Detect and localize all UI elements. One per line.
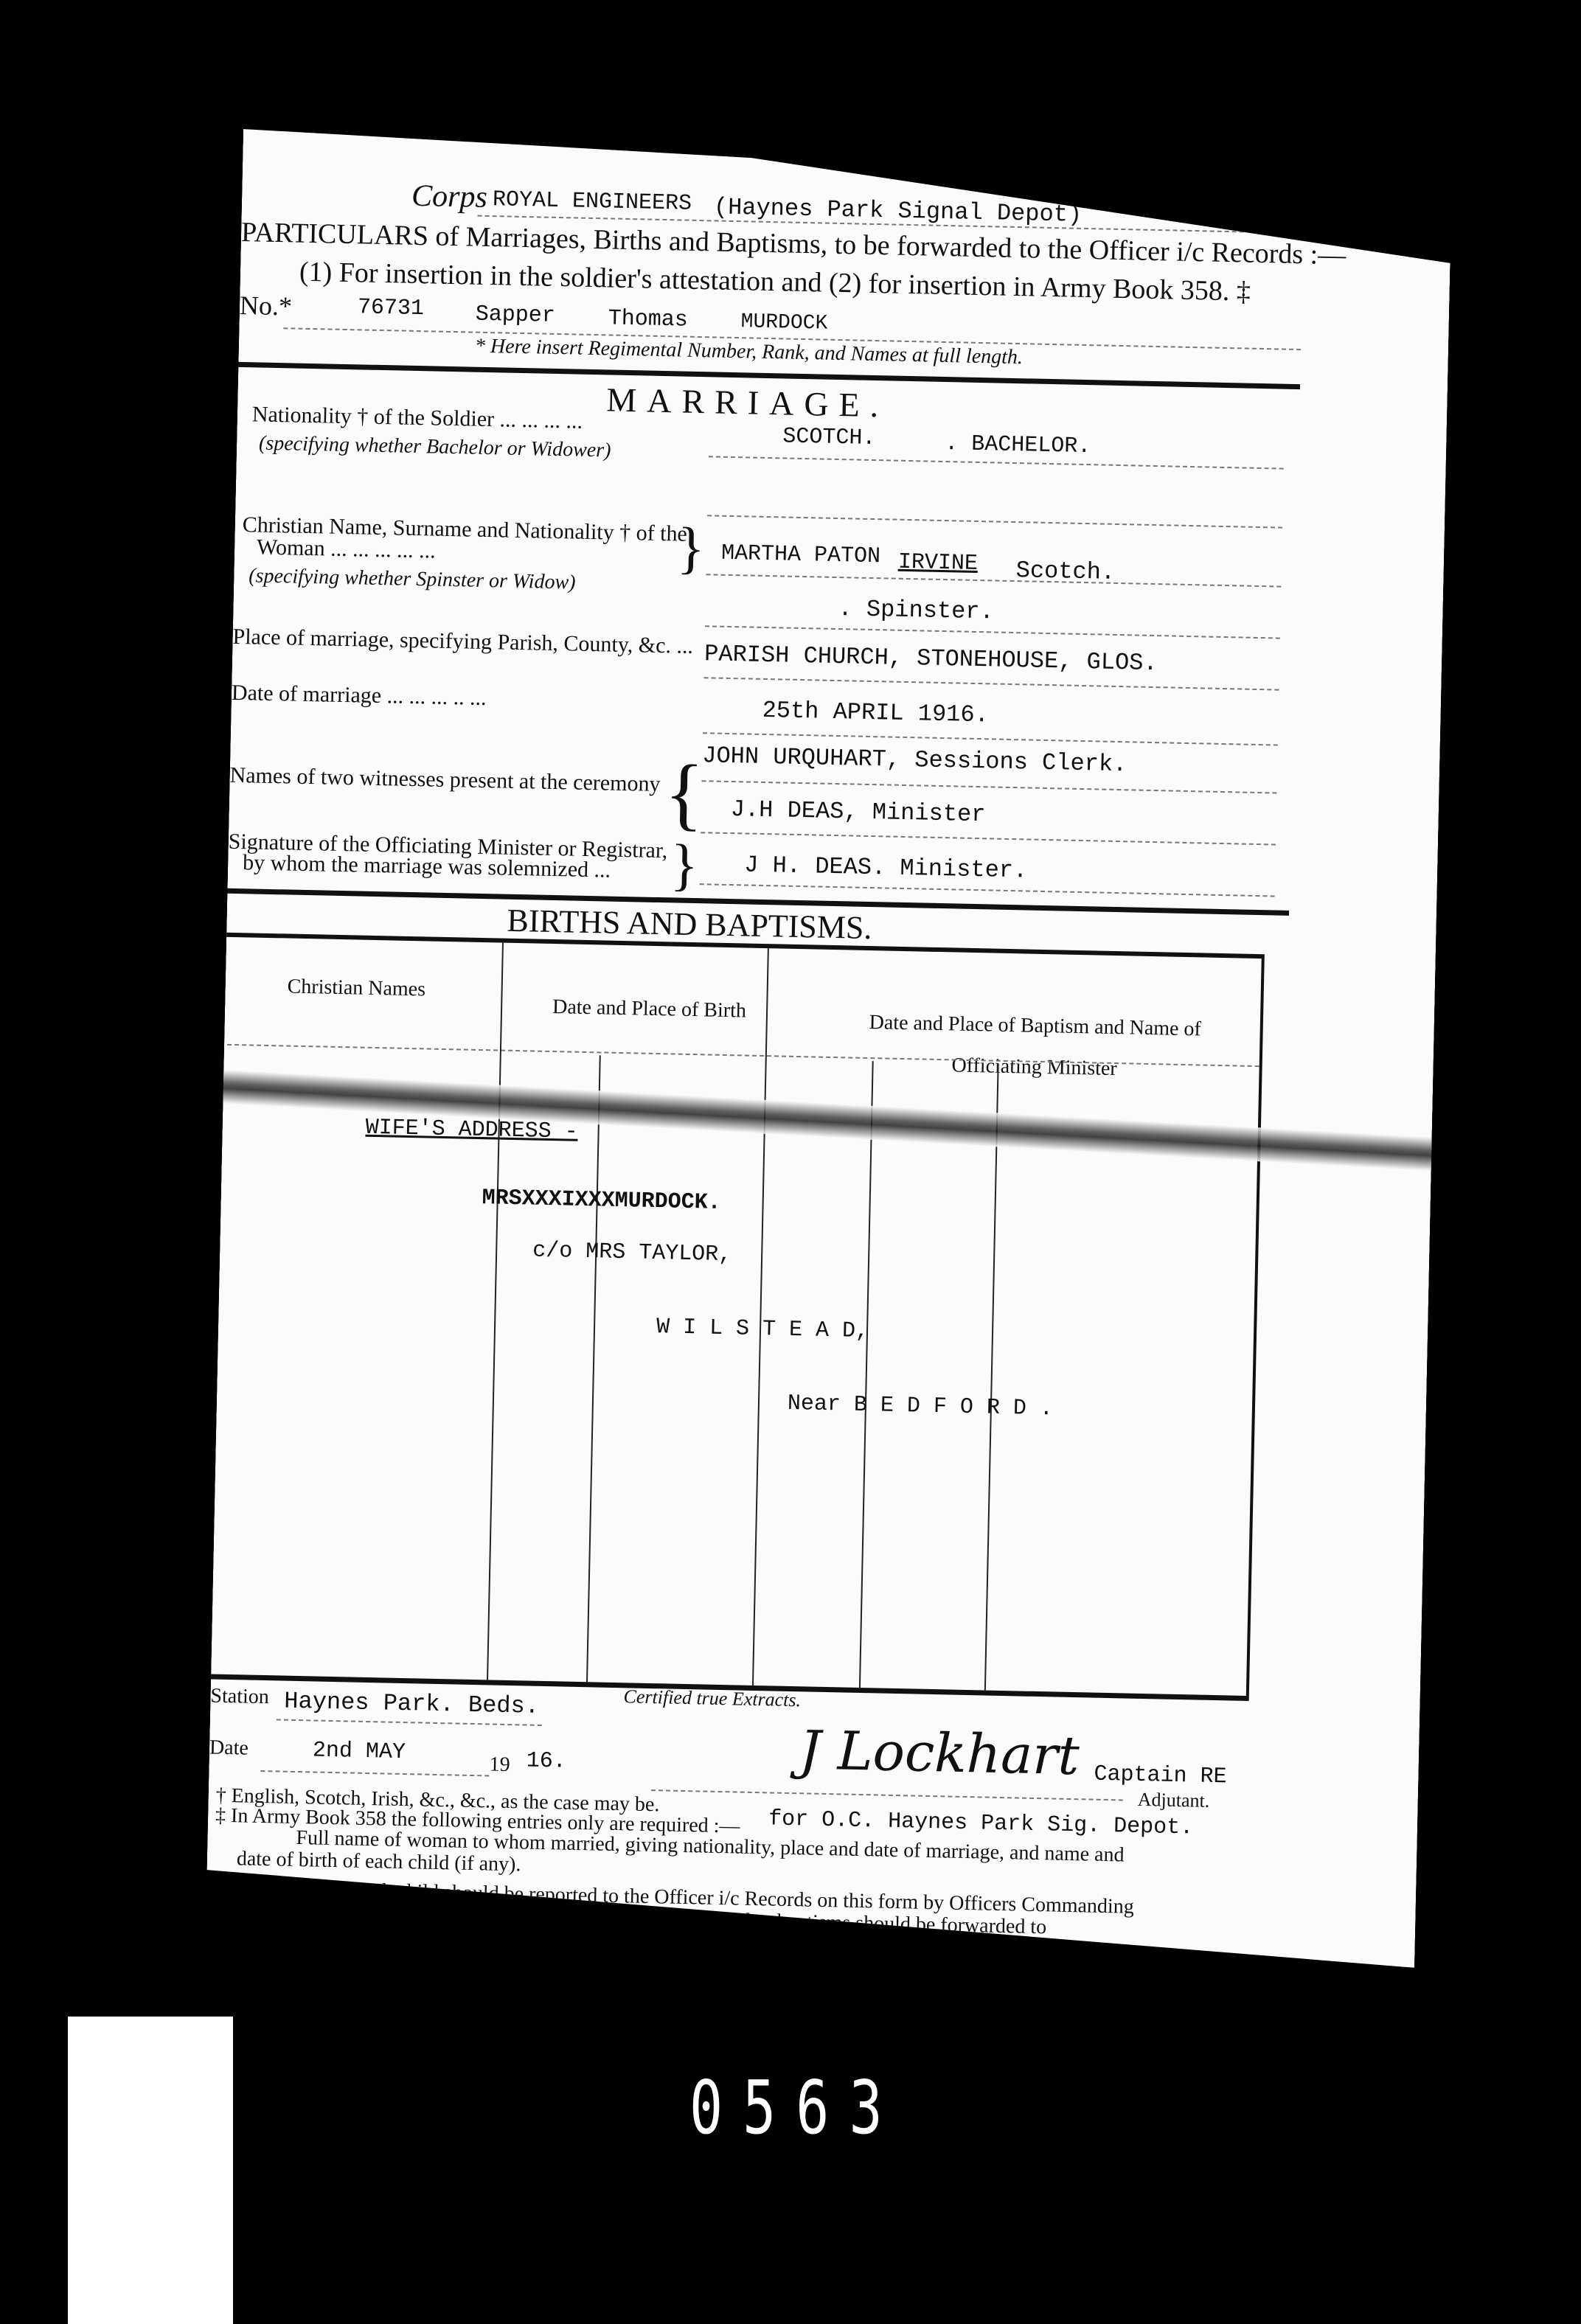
place-label: Place of marriage, specifying Parish, Co… (232, 625, 693, 659)
brace: } (676, 514, 705, 581)
place-rule (704, 677, 1279, 690)
station-value: Haynes Park. Beds. (284, 1688, 539, 1720)
station-label: Station (210, 1685, 269, 1710)
note-birth-4: Officer Commanding Units. (205, 1939, 437, 1968)
witnesses-label: Names of two witnesses present at the ce… (229, 763, 661, 797)
corps-value: ROYAL ENGINEERS (493, 187, 692, 217)
date-rule (260, 1770, 489, 1776)
note-ddagger-2: date of birth of each child (if any). (237, 1847, 521, 1876)
col-divider (586, 1055, 601, 1682)
soldier-status: . BACHELOR. (945, 431, 1091, 459)
officiant-rule (700, 883, 1275, 897)
col-christian-names: Christian Names (287, 975, 425, 1002)
woman-surname: IRVINE (898, 550, 979, 577)
corps-label: Corps (411, 178, 488, 215)
frame-number: 0563 (689, 2064, 903, 2151)
print-code-1: (8 80 33) W 12285—2163 30,000 2/15 H W V… (197, 1972, 527, 1995)
form-number: Army Form A. 22. (1164, 194, 1361, 229)
print-code-2: 12543—4079 90,000 11/15 (256, 1995, 418, 2016)
woman-name: MARTHA PATON (721, 541, 881, 570)
col-divider (859, 1061, 874, 1688)
certified-label: Certified true Extracts. (623, 1685, 801, 1711)
officiant-value: J H. DEAS. Minister. (744, 851, 1028, 884)
regimental-number: 76731 (358, 295, 425, 321)
address-line-3: W I L S T E A D, (656, 1315, 869, 1344)
rank: Sapper (475, 302, 555, 329)
army-form-a22: Corps ROYAL ENGINEERS (Haynes Park Signa… (205, 129, 1452, 1968)
year-prefix: 19 (489, 1753, 510, 1777)
date-label: Date of marriage ... ... ... .. ... (232, 681, 487, 711)
station-rule (277, 1719, 542, 1726)
note-birth-1: The birth of each child should be report… (251, 1877, 1134, 1919)
date-label: Date (209, 1736, 249, 1761)
certified-date: 2nd MAY (313, 1738, 406, 1765)
forms-label: Forms (580, 1980, 619, 1999)
woman-rule (706, 574, 1281, 587)
place-value: PARISH CHURCH, STONEHOUSE, GLOS. (704, 640, 1158, 677)
woman-note: (specifying whether Spinster or Widow) (249, 564, 576, 594)
brace: { (664, 746, 704, 841)
witness-1-rule (702, 780, 1277, 793)
signatory-for: for O.C. Haynes Park Sig. Depot. (768, 1806, 1194, 1840)
signature: J Lockhart (799, 1719, 1080, 1787)
calibration-card (68, 2017, 233, 2324)
soldier-nationality-rule-2 (707, 515, 1282, 528)
address-line-2: c/o MRS TAYLOR, (532, 1239, 732, 1268)
signature-rule (651, 1789, 1123, 1801)
woman-status-rule (705, 625, 1280, 639)
woman-label-2: Woman ... ... ... ... ... (257, 535, 436, 564)
forms-number: A. 22 (583, 2000, 616, 2020)
soldier-surname: MURDOCK (740, 310, 827, 335)
woman-status: . Spinster. (838, 595, 994, 625)
col-divider (984, 1064, 999, 1691)
no-label: No.* (240, 290, 293, 321)
marriage-heading: MARRIAGE. (606, 380, 889, 425)
address-line-1: MRSXXXIXXXMURDOCK. (482, 1186, 721, 1216)
year-suffix: 16. (526, 1749, 566, 1775)
witness-1: JOHN URQUHART, Sessions Clerk. (702, 742, 1127, 778)
signatory-rank: Captain RE (1094, 1762, 1227, 1790)
signatory-role: Adjutant. (1137, 1789, 1209, 1812)
col-birth: Date and Place of Birth (552, 995, 746, 1023)
soldier-nationality-rule (709, 456, 1284, 469)
soldier-names: Thomas (608, 306, 688, 333)
forms-denominator: 31 (588, 2021, 603, 2038)
col-divider (487, 943, 504, 1680)
soldier-nationality: SCOTCH. (782, 424, 876, 451)
soldier-nationality-label: Nationality † of the Soldier ... ... ...… (252, 402, 583, 434)
address-line-4: Near B E D F O R D . (788, 1391, 1054, 1422)
brace: } (670, 831, 698, 898)
witness-2: J.H DEAS, Minister (730, 796, 985, 828)
soldier-nationality-note: (specifying whether Bachelor or Widower) (259, 432, 611, 463)
date-value: 25th APRIL 1916. (762, 697, 989, 728)
instruction-note: * Here insert Regimental Number, Rank, a… (475, 335, 1024, 370)
col-baptism: Date and Place of Baptism and Name of Of… (861, 1002, 1209, 1092)
births-table: Christian Names Date and Place of Birth … (189, 932, 1265, 1701)
witness-2-rule (701, 832, 1276, 845)
